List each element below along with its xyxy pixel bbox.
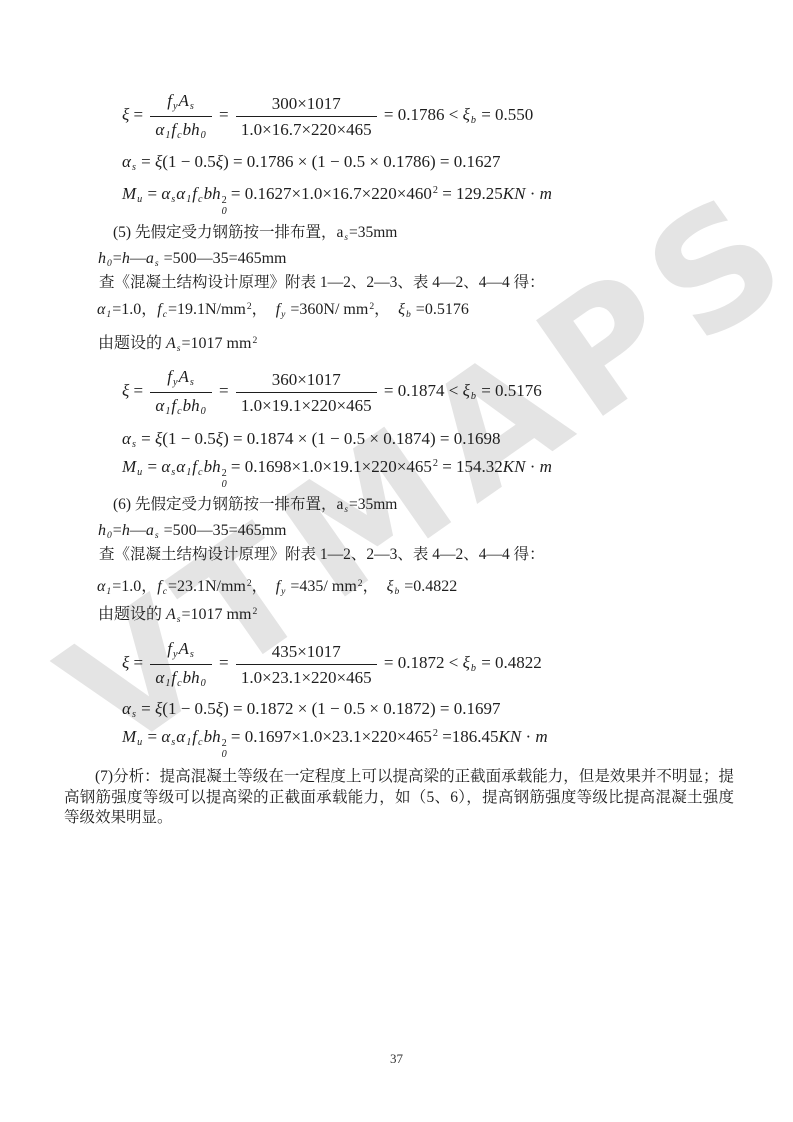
formula-mu-case6: Mu = αsα1fcbh20 = 0.1697×1.0×23.1×220×46… <box>122 726 548 761</box>
case6-h0-line: h0=h—as =500—35=465mm <box>98 521 287 542</box>
formula-alphas-case6: αs = ξ(1 − 0.5ξ) = 0.1872 × (1 − 0.5 × 0… <box>122 698 500 722</box>
formula-alphas-case4: αs = ξ(1 − 0.5ξ) = 0.1786 × (1 − 0.5 × 0… <box>122 151 500 175</box>
formula-alphas-case5: αs = ξ(1 − 0.5ξ) = 0.1874 × (1 − 0.5 × 0… <box>122 428 500 452</box>
document-body: ξ = fyAsα1fcbh0 = 300×10171.0×16.7×220×4… <box>0 0 793 1122</box>
formula-mu-case4: Mu = αsα1fcbh20 = 0.1627×1.0×16.7×220×46… <box>122 183 552 218</box>
analysis-paragraph: (7)分析：提高混凝土等级在一定程度上可以提高梁的正截面承载能力，但是效果并不明… <box>64 767 734 829</box>
document-page: VTMAPS ξ = fyAsα1fcbh0 = 300×10171.0×16.… <box>0 0 793 1122</box>
case6-heading: (6) 先假定受力钢筋按一排布置，as=35mm <box>113 495 397 516</box>
formula-mu-case5: Mu = αsα1fcbh20 = 0.1698×1.0×19.1×220×46… <box>122 456 552 491</box>
case5-h0-line: h0=h—as =500—35=465mm <box>98 249 287 270</box>
case5-lookup-line: 查《混凝土结构设计原理》附表 1—2、2—3、表 4—2、4—4 得： <box>99 273 545 292</box>
case5-heading: (5) 先假定受力钢筋按一排布置，as=35mm <box>113 223 397 244</box>
formula-xi-case4: ξ = fyAsα1fcbh0 = 300×10171.0×16.7×220×4… <box>122 90 533 143</box>
case5-as-given: 由题设的 As=1017 mm2 <box>98 334 257 355</box>
case6-as-given: 由题设的 As=1017 mm2 <box>98 605 257 626</box>
formula-xi-case6: ξ = fyAsα1fcbh0 = 435×10171.0×23.1×220×4… <box>122 638 542 691</box>
case6-lookup-line: 查《混凝土结构设计原理》附表 1—2、2—3、表 4—2、4—4 得： <box>99 545 545 564</box>
case5-params-line: α1=1.0，fc=19.1N/mm2， fy =360N/ mm2， ξb =… <box>97 300 469 321</box>
case6-params-line: α1=1.0，fc=23.1N/mm2， fy =435/ mm2， ξb =0… <box>97 577 457 598</box>
page-number: 37 <box>0 1051 793 1067</box>
formula-xi-case5: ξ = fyAsα1fcbh0 = 360×10171.0×19.1×220×4… <box>122 366 542 419</box>
